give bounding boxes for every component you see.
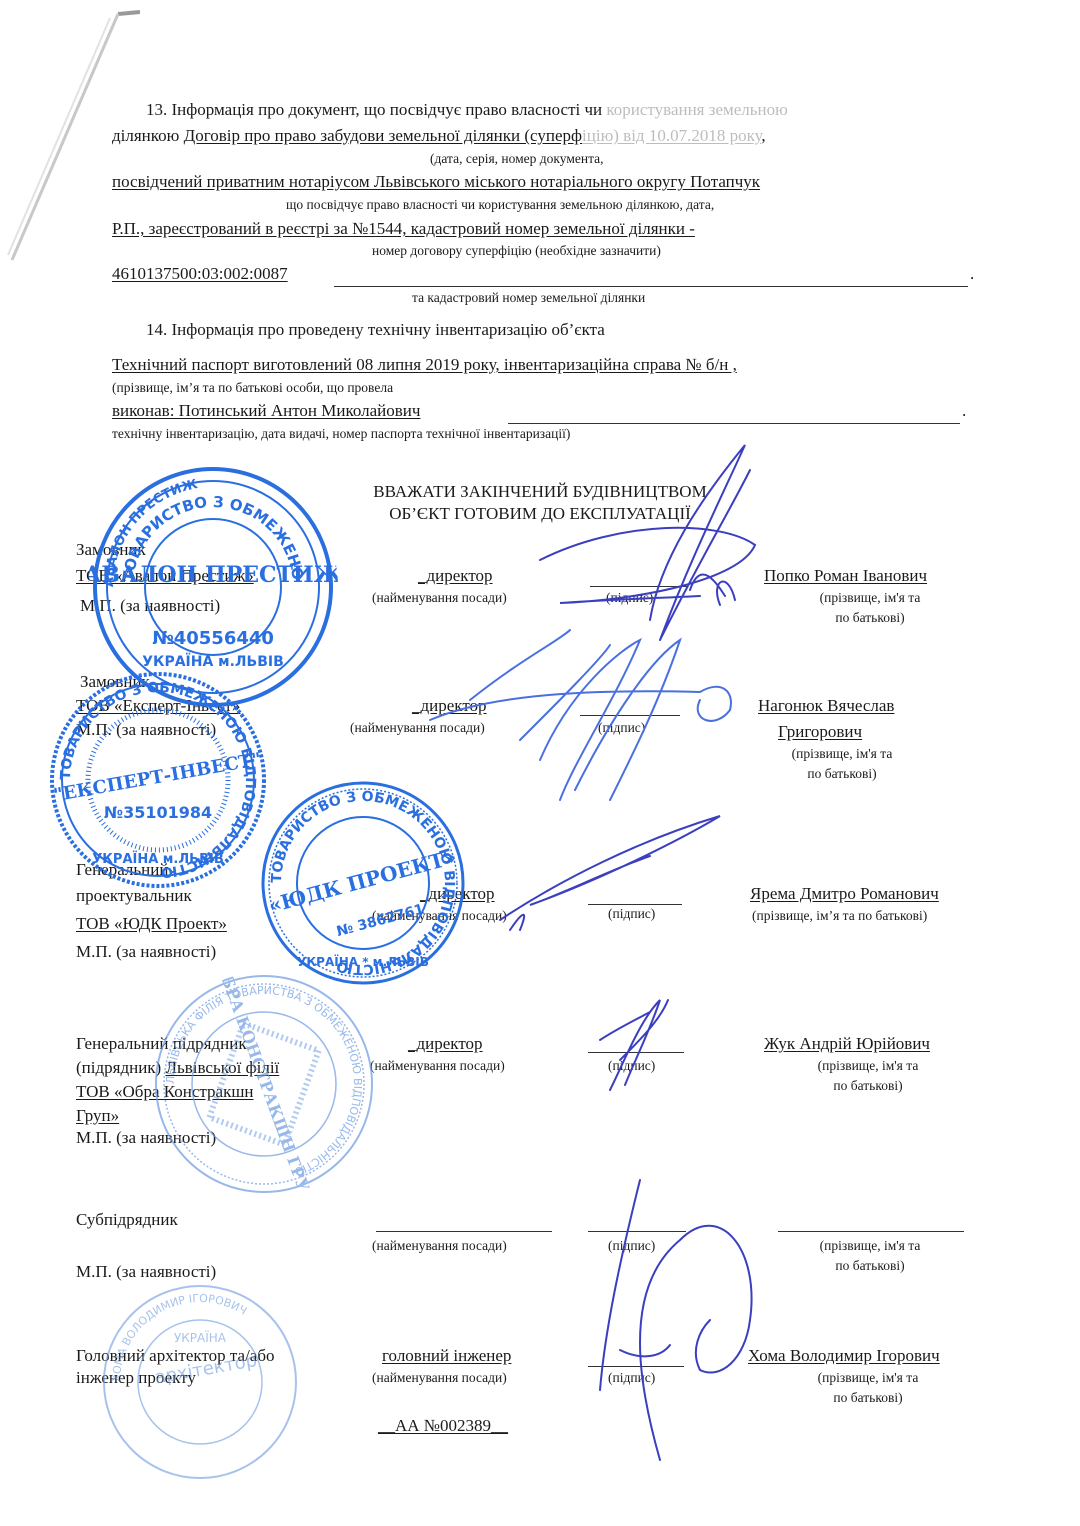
signature-obra <box>600 1000 668 1090</box>
organization-1: ТОВ «Обра Констракшн <box>76 1082 254 1102</box>
position-caption: (найменування посади) <box>350 720 485 736</box>
signatory-name-1: Нагонюк Вячеслав <box>758 696 894 716</box>
signatory-name: Попко Роман Іванович <box>764 566 927 586</box>
signature-caption: (підпис) <box>608 906 655 922</box>
name-line <box>778 1231 964 1232</box>
document-value-faded: іцію) від 10.07.2018 року <box>582 126 761 145</box>
signatory-name: Жук Андрій Юрійович <box>764 1034 930 1054</box>
position-value: _директор <box>418 566 493 586</box>
signature-caption: (підпис) <box>608 1058 655 1074</box>
signature-caption: (підпис) <box>608 1370 655 1386</box>
seal-caption: М.П. (за наявності) <box>76 1262 216 1282</box>
section-13-heading: 13. Інформація про документ, що посвідчу… <box>146 100 788 120</box>
organization-2: Груп» <box>76 1106 119 1126</box>
signatory-name-2: Григорович <box>778 722 862 742</box>
name-caption-1: (прізвище, ім'я та <box>764 1370 972 1386</box>
svg-text:"ЕКСПЕРТ-ІНВЕСТ": "ЕКСПЕРТ-ІНВЕСТ" <box>52 749 263 806</box>
seal-caption: М.П. (за наявності) <box>76 942 216 962</box>
signature-avalon <box>540 445 755 640</box>
position-value: _директор <box>408 1034 483 1054</box>
conclusion-line-2: ОБ’ЄКТ ГОТОВИМ ДО ЕКСПЛУАТАЦІЇ <box>300 504 780 524</box>
signature-line <box>588 1052 684 1053</box>
name-caption-1: (прізвище, ім'я та <box>764 590 976 606</box>
signature-line <box>588 1231 686 1232</box>
name-caption-2: по батькові) <box>742 766 942 782</box>
position-caption: (найменування посади) <box>372 1370 507 1386</box>
role-label-1: Генеральний підрядник <box>76 1034 247 1054</box>
position-caption: (найменування посади) <box>372 590 507 606</box>
svg-text:№40556440: №40556440 <box>152 628 274 649</box>
name-caption-2: по батькові) <box>764 1390 972 1406</box>
svg-text:УКРАЇНА * м.ЛЬВІВ: УКРАЇНА * м.ЛЬВІВ <box>297 954 429 969</box>
name-caption: (прізвище, ім’я та по батькові) <box>752 908 927 924</box>
signature-line <box>580 715 680 716</box>
role-label-1: Генеральний <box>76 860 168 880</box>
signature-caption: (підпис) <box>598 720 645 736</box>
role-label: Замовник <box>76 540 146 560</box>
cadastral-number: 4610137500:03:002:0087 <box>112 264 288 284</box>
line-suffix: . <box>970 264 974 284</box>
caption-document: (дата, серія, номер документа, <box>430 151 604 167</box>
signatory-name: Ярема Дмитро Романович <box>750 884 939 904</box>
svg-text:УКРАЇНА м.ЛЬВІВ: УКРАЇНА м.ЛЬВІВ <box>142 653 284 670</box>
conclusion-line-1: ВВАЖАТИ ЗАКІНЧЕНИЙ БУДІВНИЦТВОМ <box>300 482 780 502</box>
name-caption-2: по батькові) <box>764 610 976 626</box>
cadastral-fill-line <box>334 286 968 287</box>
signature-caption: (підпис) <box>608 1238 655 1254</box>
organization: ТОВ «ЮДК Проект» <box>76 914 227 934</box>
section-13-document-line: ділянкою Договір про право забудови земе… <box>112 126 766 146</box>
seal-caption: М.П. (за наявності) <box>76 720 216 740</box>
caption-inventory-details: технічну інвентаризацію, дата видачі, но… <box>112 426 570 442</box>
role-label-2: інженер проекту <box>76 1368 196 1388</box>
role-label-1: Головний архітектор та/або <box>76 1346 275 1366</box>
seal-caption: М.П. (за наявності) <box>76 1128 216 1148</box>
svg-text:№35101984: №35101984 <box>104 803 212 822</box>
seal-caption: М.П. (за наявності) <box>80 596 220 616</box>
name-caption-1: (прізвище, ім'я та <box>770 1238 970 1254</box>
registry-value: Р.П., зареєстрований в реєстрі за №1544,… <box>112 219 695 239</box>
inventory-performer: виконав: Потинський Антон Миколайович <box>112 401 420 421</box>
line-suffix: . <box>962 401 966 421</box>
svg-text:«ЮДК ПРОЕКТ»: «ЮДК ПРОЕКТ» <box>266 844 459 917</box>
role-label-2: проектувальник <box>76 886 192 906</box>
heading-text: 13. Інформація про документ, що посвідчу… <box>146 100 606 119</box>
position-value: _директор <box>420 884 495 904</box>
position-caption: (найменування посади) <box>372 1238 507 1254</box>
section-14-heading: 14. Інформація про проведену технічну ін… <box>146 320 605 340</box>
signature-line <box>590 586 688 587</box>
role-label: Субпідрядник <box>76 1210 178 1230</box>
role-label-2: (підрядник) Львівської філії <box>76 1058 279 1078</box>
document-value: Договір про право забудови земельної діл… <box>184 126 582 145</box>
position-value: _директор <box>412 696 487 716</box>
tech-passport-value: Технічний паспорт виготовлений 08 липня … <box>112 355 737 375</box>
caption-ownership: що посвідчує право власності чи користув… <box>286 197 714 213</box>
position-caption: (найменування посади) <box>370 1058 505 1074</box>
certificate-number: __АА №002389__ <box>378 1416 508 1436</box>
performer-fill-line <box>508 423 960 424</box>
role-prefix: (підрядник) <box>76 1058 165 1077</box>
position-line <box>376 1231 552 1232</box>
name-caption-2: по батькові) <box>764 1078 972 1094</box>
stamp-udk-project: ТОВАРИСТВО З ОБМЕЖЕНОЮ ВІДПОВІДАЛЬНІСТЮ … <box>258 778 468 988</box>
position-value: головний інженер <box>382 1346 511 1366</box>
svg-text:УКРАЇНА: УКРАЇНА <box>174 1330 227 1345</box>
signature-caption: (підпис) <box>606 590 653 606</box>
signature-line <box>588 904 682 905</box>
name-caption-2: по батькові) <box>770 1258 970 1274</box>
role-label: Замовник <box>80 672 150 692</box>
organization: ТОВ «Експерт-Інвест» <box>76 696 240 716</box>
caption-superficies: номер договору суперфіцію (необхідне заз… <box>372 243 661 259</box>
signatory-name: Хома Володимир Ігорович <box>748 1346 940 1366</box>
name-caption-1: (прізвище, ім'я та <box>764 1058 972 1074</box>
line-prefix: ділянкою <box>112 126 184 145</box>
branch-value: Львівської філії <box>165 1058 279 1077</box>
svg-text:ТОВАРИСТВО З ОБМЕЖЕНОЮ ВІДПОВІ: ТОВАРИСТВО З ОБМЕЖЕНОЮ ВІДПОВІДАЛЬНІСТЮ <box>269 789 457 977</box>
name-caption-1: (прізвище, ім'я та <box>742 746 942 762</box>
organization: ТОВ «Авалон Престиж» <box>76 566 254 586</box>
position-caption: (найменування посади) <box>372 908 507 924</box>
svg-text:ТОВАРИСТВО З ОБМЕЖЕНОЮ ВІДПОВІ: ТОВАРИСТВО З ОБМЕЖЕНОЮ ВІДПОВІДАЛЬНІСТЮ <box>88 462 307 583</box>
notary-value: посвідчений приватним нотаріусом Львівсь… <box>112 172 760 192</box>
caption-cadastral: та кадастровий номер земельної ділянки <box>412 290 645 306</box>
signature-architect <box>600 1180 752 1460</box>
line-suffix: , <box>761 126 765 145</box>
heading-faded-text: користування земельною <box>606 100 787 119</box>
caption-inventory-person: (прізвище, ім’я та по батькові особи, що… <box>112 380 393 396</box>
signature-line <box>588 1366 684 1367</box>
